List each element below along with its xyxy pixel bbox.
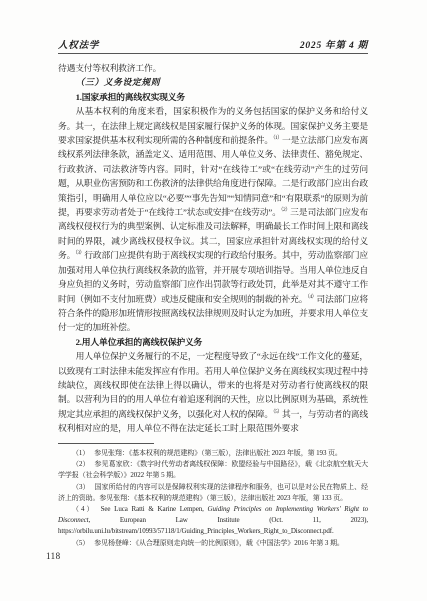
footnote-number: （3） <box>72 483 90 491</box>
journal-page: 人权法学 2025 年第 4 期 待遇支付等权利救济工作。 （三）义务设定规则 … <box>0 0 427 601</box>
footnote-text: 参见葛家欣：《数字时代劳动者离线权保障：欧盟经验与中国路径》，载《北京航空航天大… <box>58 460 368 479</box>
footnote-number: （1） <box>72 449 89 457</box>
footnote-text: 参见杨登峰：《从合理原则走向统一的比例原则》，载《中国法学》2016 年第 3 … <box>94 539 344 547</box>
page-header: 人权法学 2025 年第 4 期 <box>58 37 368 54</box>
footnote-item: （2）参见葛家欣：《数字时代劳动者离线权保障：欧盟经验与中国路径》，载《北京航空… <box>58 459 368 481</box>
footnote-item: （4）See Luca Ratti & Karine Lempen, Guidi… <box>58 504 368 538</box>
journal-title: 人权法学 <box>58 37 99 51</box>
footnotes-section: （1）参见张翔：《基本权利的规范建构》（第三版），法律出版社 2023 年版，第… <box>58 443 368 549</box>
footnote-separator <box>58 443 154 444</box>
footnote-text: 国家所给付的内容可以是保障权利实现的法律程序和服务，也可以是对公民在物质上、经济… <box>58 483 368 502</box>
subsection-heading-2: 2.用人单位承担的离线权保护义务 <box>58 335 368 349</box>
section-heading: （三）义务设定规则 <box>58 75 368 89</box>
footnote-text: 参见张翔：《基本权利的规范建构》（第三版），法律出版社 2023 年版，第 19… <box>94 449 342 457</box>
subsection-heading-1: 1.国家承担的离线权实现义务 <box>58 90 368 104</box>
footnote-item: （5）参见杨登峰：《从合理原则走向统一的比例原则》，载《中国法学》2016 年第… <box>58 538 368 549</box>
article-body: 待遇支付等权利救济工作。 （三）义务设定规则 1.国家承担的离线权实现义务 从基… <box>58 61 368 436</box>
paragraph-continuation: 待遇支付等权利救济工作。 <box>58 61 368 75</box>
footnote-item: （1）参见张翔：《基本权利的规范建构》（第三版），法律出版社 2023 年版，第… <box>58 448 368 459</box>
paragraph-2: 用人单位保护义务履行的不足，一定程度导致了“永远在线”工作文化的蔓延，以致现有工… <box>58 349 368 435</box>
footnote-item: （3）国家所给付的内容可以是保障权利实现的法律程序和服务，也可以是对公民在物质上… <box>58 482 368 504</box>
footnote-number: （2） <box>72 460 90 468</box>
footnote-text: See Luca Ratti & Karine Lempen, Guiding … <box>58 505 368 535</box>
paragraph-1: 从基本权利的角度来看，国家积极作为的义务包括国家的保护义务和给付义务。其一，在法… <box>58 104 368 335</box>
page-number: 118 <box>46 551 61 561</box>
footnote-number: （4） <box>72 505 96 513</box>
footnote-number: （5） <box>72 539 89 547</box>
issue-label: 2025 年第 4 期 <box>300 37 368 51</box>
